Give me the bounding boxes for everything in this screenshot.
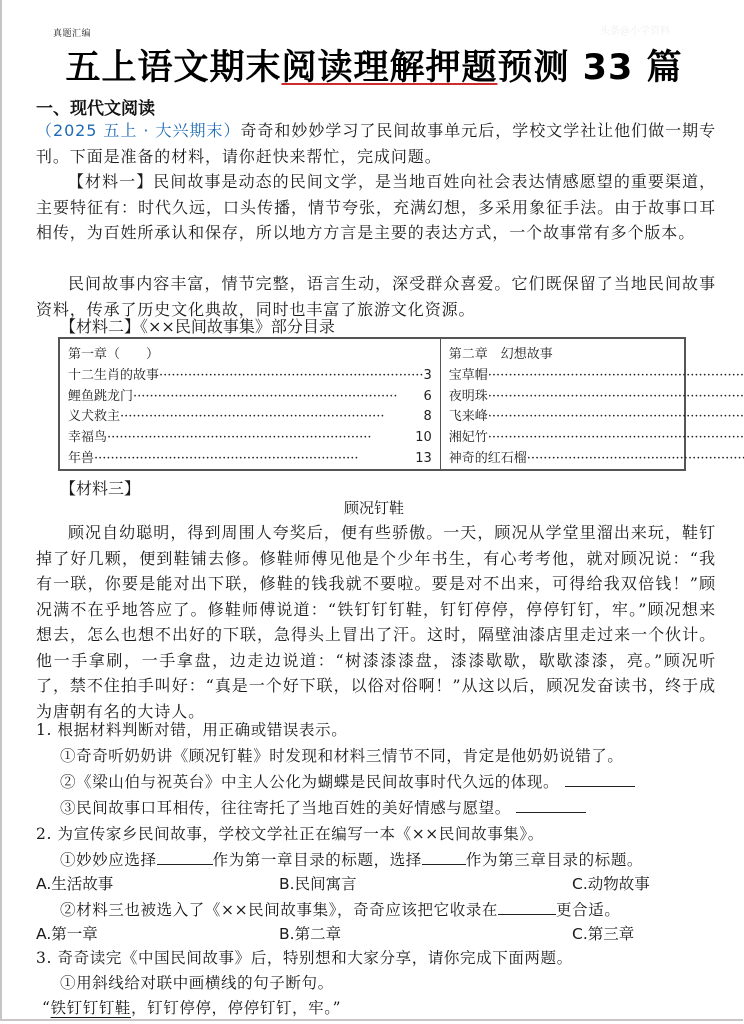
option-a: A.生活故事 [36,872,113,894]
option-c: C.动物故事 [572,872,650,894]
toc-item: 夜明珠23 [449,387,744,408]
item-text: ③民间故事口耳相传，往往寄托了当地百姓的美好情感与愿望。 [60,799,511,817]
toc-item: 神奇的红石榴36 [449,449,744,470]
story-title: 顾况钉鞋 [2,497,744,518]
answer-blank[interactable] [516,798,586,813]
toc-item: 宝草帽20 [449,366,744,387]
option-c: C.第三章 [572,922,634,944]
toc-chapter-2: 第二章 幻想故事 宝草帽20 夜明珠23 飞来峰26 湘妃竹30 神奇的红石榴3… [441,339,744,469]
question-1-item-2: ②《梁山伯与祝英台》中主人公化为蝴蝶是民间故事时代久远的体现。 [60,770,635,792]
item-text: ②《梁山伯与祝英台》中主人公化为蝴蝶是民间故事时代久远的体现。 [60,773,559,791]
toc-item-page: 3 [423,366,431,387]
sub-text: ①妙妙应选择 [60,851,157,869]
document-page: 真题汇编 头条@小学资料 五上语文期末阅读理解押题预测 33 篇 一、现代文阅读… [0,0,743,1021]
source-label: （2025 五上 · 大兴期末） [36,121,240,140]
toc-item-title: 幸福鸟 [68,428,107,449]
material1-paragraph-1: 【材料一】民间故事是动态的民间文学，是当地百姓向社会表达情感愿望的重要渠道，主要… [36,169,716,246]
toc-item-title: 年兽 [68,449,94,470]
material2-label: 【材料二】《××民间故事集》部分目录 [60,314,335,337]
question-3-stem: 3. 奇奇读完《中国民间故事》后，特别想和大家分享，请你完成下面两题。 [36,946,573,968]
sub-text: 作为第一章目录的标题，选择 [213,851,422,869]
toc-item-title: 鲤鱼跳龙门 [68,387,133,408]
toc-item-title: 十二生肖的故事 [68,366,159,387]
section-heading: 一、现代文阅读 [36,94,155,119]
header-tag: 真题汇编 [53,26,91,39]
option-b: B.第二章 [279,922,341,944]
toc-item-title: 夜明珠 [449,387,488,408]
toc-chapter-heading: 第一章（ ） [68,345,432,366]
toc-chapter-heading: 第二章 幻想故事 [449,345,744,366]
toc-item-title: 湘妃竹 [449,428,488,449]
question-1-item-1: ①奇奇听奶奶讲《顾况钉鞋》时发现和材料三情节不同，肯定是他奶奶说错了。 [60,744,624,766]
watermark: 头条@小学资料 [600,22,670,37]
table-of-contents: 第一章（ ） 十二生肖的故事3 鲤鱼跳龙门6 义犬救主8 幸福鸟10 年兽13 … [58,337,686,471]
answer-blank[interactable] [157,850,213,865]
option-a: A.第一章 [36,922,98,944]
toc-item-page: 13 [415,449,432,470]
toc-item-title: 神奇的红石榴 [449,449,527,470]
toc-item-page: 8 [423,407,431,428]
toc-item: 义犬救主8 [68,407,432,428]
toc-item: 十二生肖的故事3 [68,366,432,387]
title-part-1: 五上语文期末 [65,48,281,88]
answer-blank[interactable] [422,850,466,865]
sub-text: ②材料三也被选入了《××民间故事集》，奇奇应该把它收录在 [60,901,498,919]
story-paragraph: 顾况自幼聪明，得到周围人夸奖后，便有些骄傲。一天，顾况从学堂里溜出来玩，鞋钉掉了… [36,520,716,724]
question-2-sub-2: ②材料三也被选入了《××民间故事集》，奇奇应该把它收录在更合适。 [60,898,620,920]
question-3-sub-1: ①用斜线给对联中画横线的句子断句。 [60,971,334,993]
sub-text: 更合适。 [556,901,620,919]
answer-blank[interactable] [498,900,556,915]
question-1-stem: 1. 根据材料判断对错，用正确或错误表示。 [36,718,347,740]
toc-item: 湘妃竹30 [449,428,744,449]
sub-text: 作为第三章目录的标题。 [466,851,643,869]
page-title: 五上语文期末阅读理解押题预测 33 篇 [2,44,744,92]
option-b: B.民间寓言 [279,872,357,894]
toc-item: 鲤鱼跳龙门6 [68,387,432,408]
answer-blank[interactable] [565,772,635,787]
toc-item-title: 宝草帽 [449,366,488,387]
toc-item-page: 6 [423,387,431,408]
toc-chapter-1: 第一章（ ） 十二生肖的故事3 鲤鱼跳龙门6 义犬救主8 幸福鸟10 年兽13 [60,339,441,469]
title-part-3: 预测 33 篇 [497,48,682,88]
material3-label: 【材料三】 [60,476,140,499]
intro-paragraph: （2025 五上 · 大兴期末）奇奇和妙妙学习了民间故事单元后，学校文学社让他们… [36,118,716,169]
toc-item: 幸福鸟10 [68,428,432,449]
underlined-phrase: 铁钉钉钉鞋 [51,999,132,1017]
couplet-line: “铁钉钉钉鞋，钉钉停停，停停钉钉，牢。” [42,996,341,1018]
toc-item: 飞来峰26 [449,407,744,428]
title-underlined-part: 阅读理解押题 [281,48,497,88]
toc-item-title: 义犬救主 [68,407,120,428]
question-2-sub-1: ①妙妙应选择作为第一章目录的标题，选择作为第三章目录的标题。 [60,848,643,870]
question-2-stem: 2. 为宣传家乡民间故事，学校文学社正在编写一本《××民间故事集》。 [36,822,544,844]
toc-item-title: 飞来峰 [449,407,488,428]
toc-item-page: 10 [415,428,432,449]
toc-item: 年兽13 [68,449,432,470]
question-1-item-3: ③民间故事口耳相传，往往寄托了当地百姓的美好情感与愿望。 [60,796,586,818]
